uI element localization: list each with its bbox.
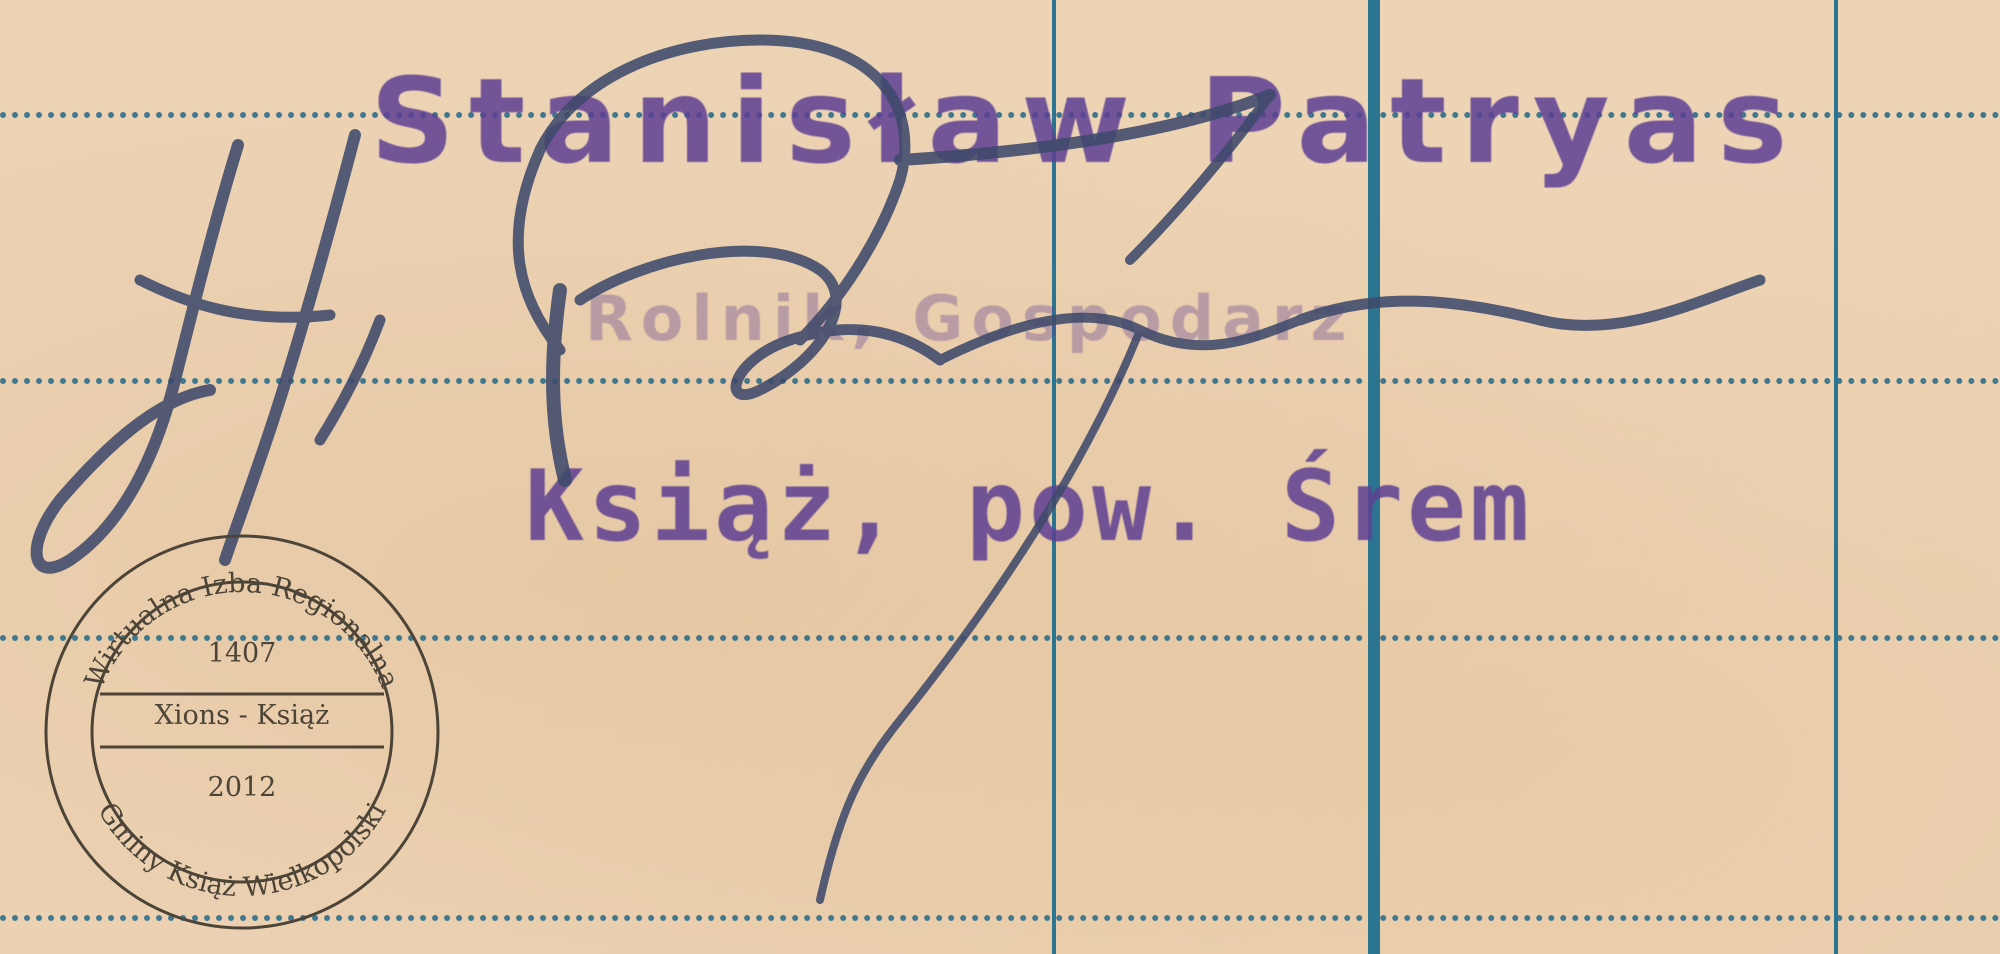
- watermark-seal: Wirtualna Izba Regionalna Gminy Książ Wi…: [38, 528, 446, 936]
- seal-text-bottom: Gminy Książ Wielkopolski: [91, 797, 392, 903]
- svg-text:Gminy Książ Wielkopolski: Gminy Książ Wielkopolski: [91, 797, 392, 903]
- seal-rings: Wirtualna Izba Regionalna Gminy Książ Wi…: [38, 528, 446, 936]
- seal-center-label: Xions - Książ: [38, 700, 446, 731]
- seal-year: 2012: [38, 772, 446, 803]
- seal-year-founded: 1407: [38, 638, 446, 669]
- svg-text:Wirtualna Izba Regionalna: Wirtualna Izba Regionalna: [79, 568, 405, 693]
- seal-text-top: Wirtualna Izba Regionalna: [79, 568, 405, 693]
- scanned-document: Stanisław Patryas Rolnik, Gospodarz Ksią…: [0, 0, 2000, 954]
